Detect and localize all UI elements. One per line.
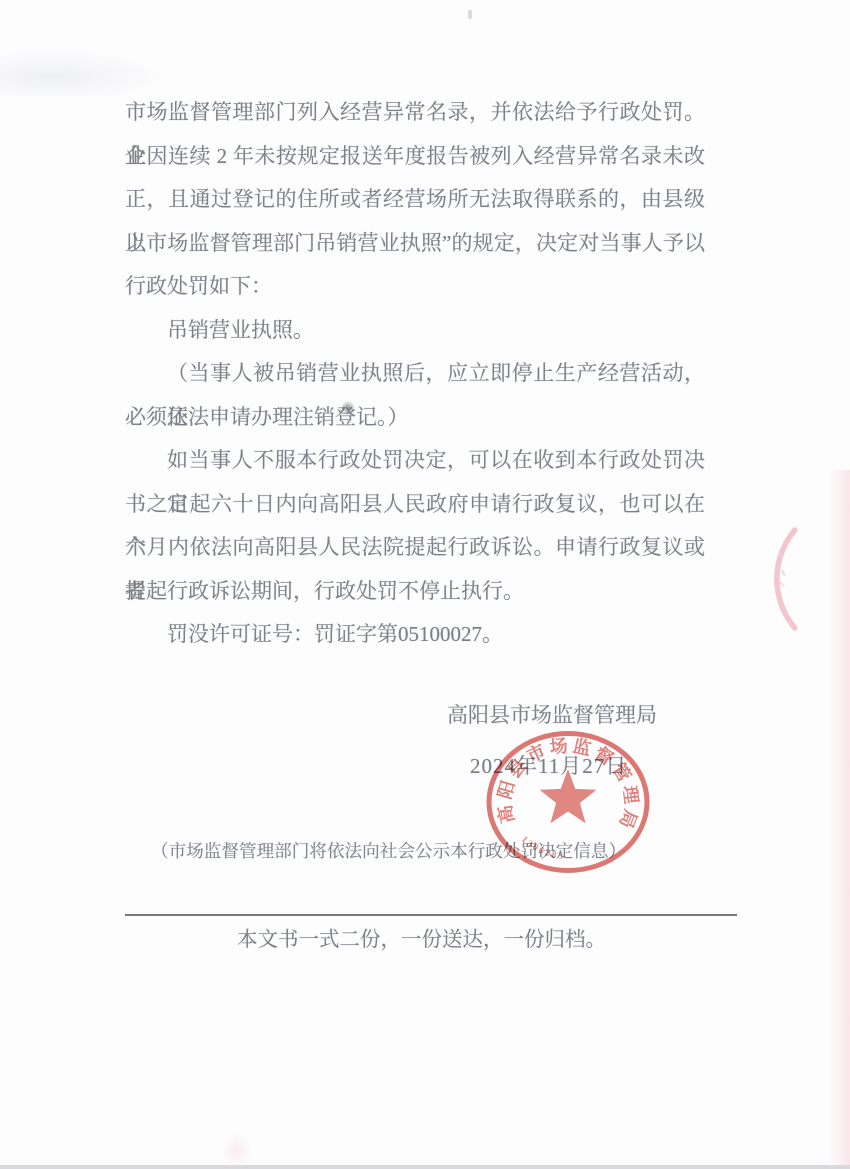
body-line: 必须依法申请办理注销登记。） [125,396,705,440]
ink-smudge [340,401,356,415]
decision-body: 市场监督管理部门列入经营异常名录，并依法给予行政处罚。企 业因连续 2 年未按规… [125,91,705,657]
body-line: 书之日起六十日内向高阳县人民政府申请行政复议，也可以在六 [125,483,705,527]
scanned-document-page: 市场监督管理部门列入经营异常名录，并依法给予行政处罚。企 业因连续 2 年未按规… [0,0,850,1169]
body-line: 行政处罚如下： [125,265,705,309]
body-line: 业因连续 2 年未按规定报送年度报告被列入经营异常名录未改 [125,135,705,179]
body-line: 个月内依法向高阳县人民法院提起行政诉讼。申请行政复议或者 [125,526,705,570]
seal-star-icon [540,769,597,823]
distribution-note: 本文书一式二份，一份送达，一份归档。 [237,925,606,955]
partial-seal-arc [760,490,850,670]
scan-shadow-top-left [0,48,170,96]
official-seal: 高阳县市场监督管理局 1306283 [480,712,660,897]
scan-smudge [222,1132,252,1169]
body-line: 提起行政诉讼期间，行政处罚不停止执行。 [125,570,705,614]
license-number-line: 罚没许可证号：罚证字第05100027。 [125,613,705,657]
body-line: 上市场监督管理部门吊销营业执照”的规定，决定对当事人予以 [125,222,705,266]
body-line: （当事人被吊销营业执照后，应立即停止生产经营活动，还 [125,352,705,396]
body-line: 正，且通过登记的住所或者经营场所无法取得联系的，由县级以 [125,178,705,222]
scan-speck [468,10,472,19]
body-line: 如当事人不服本行政处罚决定，可以在收到本行政处罚决定 [125,439,705,483]
scan-bottom-edge [0,1165,850,1169]
footer-divider [125,914,737,916]
penalty-line: 吊销营业执照。 [125,309,705,353]
body-line: 市场监督管理部门列入经营异常名录，并依法给予行政处罚。企 [125,91,705,135]
